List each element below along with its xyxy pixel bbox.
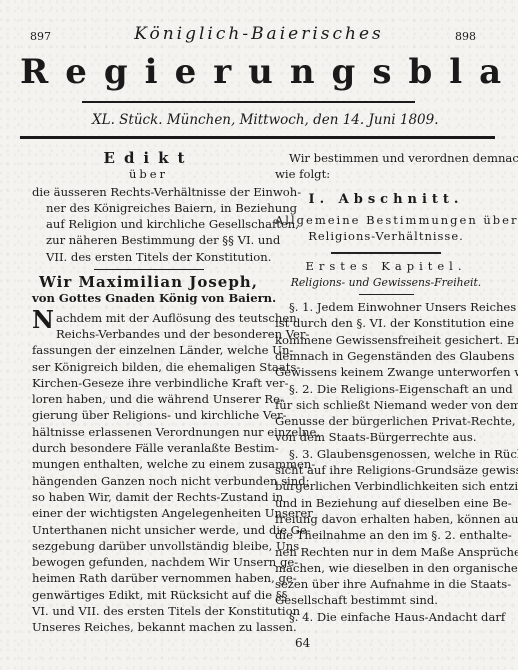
chapter-rule xyxy=(359,294,414,295)
paragraphs: §. 1. Jedem Einwohner Unsers Reiches ist… xyxy=(275,299,497,625)
body-line: sezgebung darüber unvollständig bleibe, … xyxy=(32,538,265,554)
issue-rule xyxy=(20,136,495,139)
body-line: Unterthanen nicht unsicher werde, und di… xyxy=(32,522,265,538)
section-rule xyxy=(331,252,441,254)
paragraph-1-line: §. 1. Jedem Einwohner Unsers Reiches xyxy=(275,299,497,315)
paragraph-1-line: Gewissens keinem Zwange unterworfen werd… xyxy=(275,364,497,380)
issue-line: XL. Stück. München, Mittwoch, den 14. Ju… xyxy=(92,112,452,128)
subject-line: zur näheren Bestimmung der §§ VI. und xyxy=(32,232,265,248)
body-line: durch besondere Fälle veranlaßte Bestim- xyxy=(32,440,265,456)
title-rule xyxy=(82,101,415,103)
publication-supertitle: Königlich-Baierisches xyxy=(0,24,518,44)
paragraph-3-line: nen Rechten nur in dem Maße Ansprüche xyxy=(275,544,497,560)
drop-cap: N xyxy=(32,312,54,328)
subject-line: ner des Königreiches Baiern, in Beziehun… xyxy=(32,200,265,216)
body-line: Kirchen-Geseze ihre verbindliche Kraft v… xyxy=(32,375,265,391)
paragraph-3-line: sicht auf ihre Religions-Grundsäze gewis… xyxy=(275,462,497,478)
section-subtitle: Allgemeine Bestimmungen über xyxy=(275,212,497,228)
paragraph-3-line: §. 3. Glaubensgenossen, welche in Rück- xyxy=(275,446,497,462)
body-line: gierung über Religions- und kirchliche V… xyxy=(32,407,265,423)
paragraph-3-line: und in Beziehung auf dieselben eine Be- xyxy=(275,495,497,511)
body-line: hängenden Ganzen noch nicht verbunden si… xyxy=(32,473,265,489)
paragraph-2-line: Genusse der bürgerlichen Privat-Rechte, … xyxy=(275,413,497,429)
body-line: heimen Rath darüber vernommen haben, ge- xyxy=(32,570,265,586)
section-subtitle: Religions-Verhältnisse. xyxy=(275,228,497,244)
subject-line: VII. des ersten Titels der Konstitution. xyxy=(32,249,265,265)
body-line: VI. und VII. des ersten Titels der Konst… xyxy=(32,603,265,619)
paragraph-2-line: von dem Staats-Bürgerrechte aus. xyxy=(275,429,497,445)
paragraph-3-line: machen, wie dieselben in den organischen… xyxy=(275,560,497,576)
body-line: mungen enthalten, welche zu einem zusamm… xyxy=(32,456,265,472)
intro-line: wie folgt: xyxy=(275,166,497,182)
paragraph-3-line: Gesellschaft bestimmt sind. xyxy=(275,592,497,608)
publication-title: Regierungsblatt. xyxy=(20,52,490,92)
body-line: so haben Wir, damit der Rechts-Zustand i… xyxy=(32,489,265,505)
signature-mark: 64 xyxy=(295,636,310,650)
body-line: hältnisse erlassenen Verordnungen nur ei… xyxy=(32,424,265,440)
body-line: achdem mit der Auflösung des teutschen xyxy=(32,310,265,326)
body-line: ser Königreich bilden, die ehemaligen St… xyxy=(32,359,265,375)
chapter-subtitle: Religions- und Gewissens-Freiheit. xyxy=(275,275,497,291)
subject-line: die äusseren Rechts-Verhältnisse der Ein… xyxy=(32,184,265,200)
body-line: Unseres Reiches, bekannt machen zu lasse… xyxy=(32,619,265,635)
intro-line: Wir bestimmen und verordnen demnach, xyxy=(275,150,497,166)
chapter-heading: Erstes Kapitel. xyxy=(275,258,497,274)
subject-line: auf Religion und kirchliche Gesellschaft… xyxy=(32,216,265,232)
paragraph-3-line: freiung davon erhalten haben, können auf xyxy=(275,511,497,527)
document-page: 897 898 Königlich-Baierisches Regierungs… xyxy=(0,0,518,670)
edikt-heading: Edikt xyxy=(32,150,265,166)
body-line: loren haben, und die während Unserer Re- xyxy=(32,391,265,407)
body-line: Reichs-Verbandes und der besonderen Ver- xyxy=(32,326,265,342)
paragraph-2-line: §. 2. Die Religions-Eigenschaft an und xyxy=(275,381,497,397)
section-heading: I. Abschnitt. xyxy=(275,192,497,208)
paragraph-4-line: §. 4. Die einfache Haus-Andacht darf xyxy=(275,609,497,625)
sovereign-title: von Gottes Gnaden König von Baiern. xyxy=(32,290,265,306)
body-line: einer der wichtigsten Angelegenheiten Un… xyxy=(32,505,265,521)
left-column: Edikt über die äusseren Rechts-Verhältni… xyxy=(32,150,265,636)
paragraph-1-line: kommene Gewissensfreiheit gesichert. Er … xyxy=(275,332,497,348)
paragraph-3-line: sezen über ihre Aufnahme in die Staats- xyxy=(275,576,497,592)
right-column: Wir bestimmen und verordnen demnach, wie… xyxy=(275,150,497,625)
paragraph-1-line: demnach in Gegenständen des Glaubens und xyxy=(275,348,497,364)
paragraph-1-line: ist durch den §. VI. der Konstitution ei… xyxy=(275,315,497,331)
body-line: bewogen gefunden, nachdem Wir Unsern ge- xyxy=(32,554,265,570)
paragraph-3-line: bürgerlichen Verbindlichkeiten sich entz… xyxy=(275,478,497,494)
subject-rule xyxy=(94,269,204,270)
paragraph-3-line: die Theilnahme an den im §. 2. enthalte- xyxy=(275,527,497,543)
preamble-body: N achdem mit der Auflösung des teutschen… xyxy=(32,310,265,636)
body-line: genwärtiges Edikt, mit Rücksicht auf die… xyxy=(32,587,265,603)
edikt-subject: die äusseren Rechts-Verhältnisse der Ein… xyxy=(32,184,265,265)
paragraph-2-line: für sich schließt Niemand weder von dem xyxy=(275,397,497,413)
body-line: fassungen der einzelnen Länder, welche U… xyxy=(32,342,265,358)
sovereign-name: Wir Maximilian Joseph, xyxy=(32,274,265,290)
ueber-label: über xyxy=(32,166,265,182)
